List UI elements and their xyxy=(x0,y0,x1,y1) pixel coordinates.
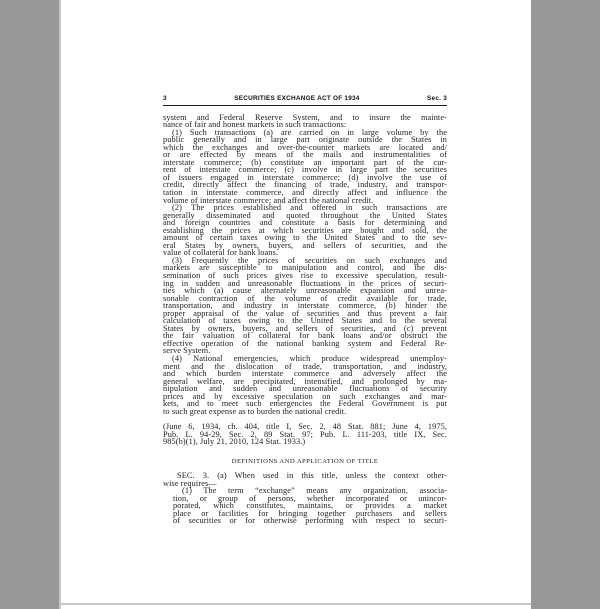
paragraph-continuation: system and Federal Reserve System, and t… xyxy=(163,114,447,129)
numbered-paragraph-4: (4) National emergencies, which produce … xyxy=(163,355,447,415)
page-number: 3 xyxy=(163,95,167,103)
page-content: 3 SECURITIES EXCHANGE ACT OF 1934 Sec. 3… xyxy=(163,95,447,525)
running-section: Sec. 3 xyxy=(427,95,447,103)
running-title: SECURITIES EXCHANGE ACT OF 1934 xyxy=(234,95,359,103)
numbered-paragraph-2: (2) The prices established and offered i… xyxy=(163,204,447,257)
text-line: 985(b)(1), July 21, 2010, 124 Stat. 1933… xyxy=(163,438,447,446)
header-rule xyxy=(163,105,447,106)
section-3-intro: SEC. 3. (a) When used in this title, unl… xyxy=(163,472,447,487)
text-line: of securities or for otherwise performin… xyxy=(173,517,447,525)
running-header: 3 SECURITIES EXCHANGE ACT OF 1934 Sec. 3 xyxy=(163,95,447,103)
statute-citation: (June 6, 1934, ch. 404, title I, Sec. 2,… xyxy=(163,423,447,446)
numbered-paragraph-1: (1) Such transactions (a) are carried on… xyxy=(163,129,447,204)
page-bottom-edge xyxy=(61,603,531,605)
section-heading: DEFINITIONS AND APPLICATION OF TITLE xyxy=(163,458,447,465)
text-line: to such great expense as to burden the n… xyxy=(163,408,447,416)
subsection-a-1: (1) The term “exchange” means any organi… xyxy=(163,487,447,525)
numbered-paragraph-3: (3) Frequently the prices of securities … xyxy=(163,257,447,355)
document-page: 3 SECURITIES EXCHANGE ACT OF 1934 Sec. 3… xyxy=(59,0,531,609)
